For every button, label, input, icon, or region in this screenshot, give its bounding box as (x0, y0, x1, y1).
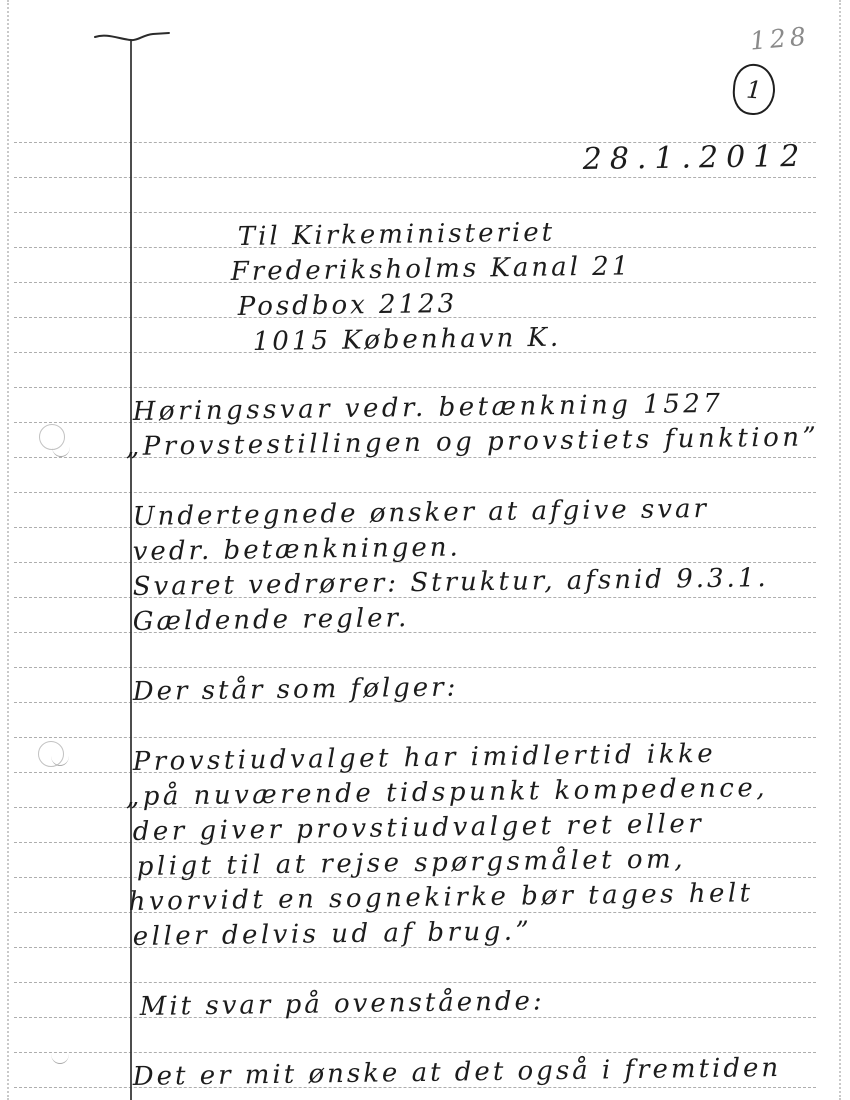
recipient-line: 1015 København K. (253, 321, 562, 359)
pen-mark-icon (93, 28, 171, 46)
scanned-letter-page: 128 1 28.1.2012 Til Kirkeministeriet Fre… (0, 0, 850, 1100)
date-line: 28.1.2012 (582, 138, 807, 179)
recipient-line: Til Kirkeministeriet (238, 216, 556, 254)
recipient-line: Frederiksholms Kanal 21 (231, 249, 632, 289)
recipient-line: Posdbox 2123 (238, 287, 458, 324)
intro-line: vedr. betænkningen. (133, 530, 462, 569)
ruled-line (14, 982, 816, 983)
scan-edge-left (7, 0, 9, 1100)
circled-sheet-number: 1 (731, 63, 776, 117)
binder-hole-shadow (52, 447, 70, 457)
binder-hole-shadow (51, 1054, 69, 1064)
ruled-line (14, 667, 816, 668)
page-number: 128 (749, 21, 811, 55)
quote-line: eller delvis ud af brug.” (133, 914, 533, 954)
circled-sheet-number-value: 1 (745, 75, 762, 104)
lead-in-line: Der står som følger: (133, 670, 459, 709)
scan-edge-right (839, 0, 841, 1100)
answer-heading-line: Mit svar på ovenstående: (140, 984, 545, 1024)
ruled-line (14, 212, 816, 213)
intro-line: Gældende regler. (133, 601, 410, 639)
